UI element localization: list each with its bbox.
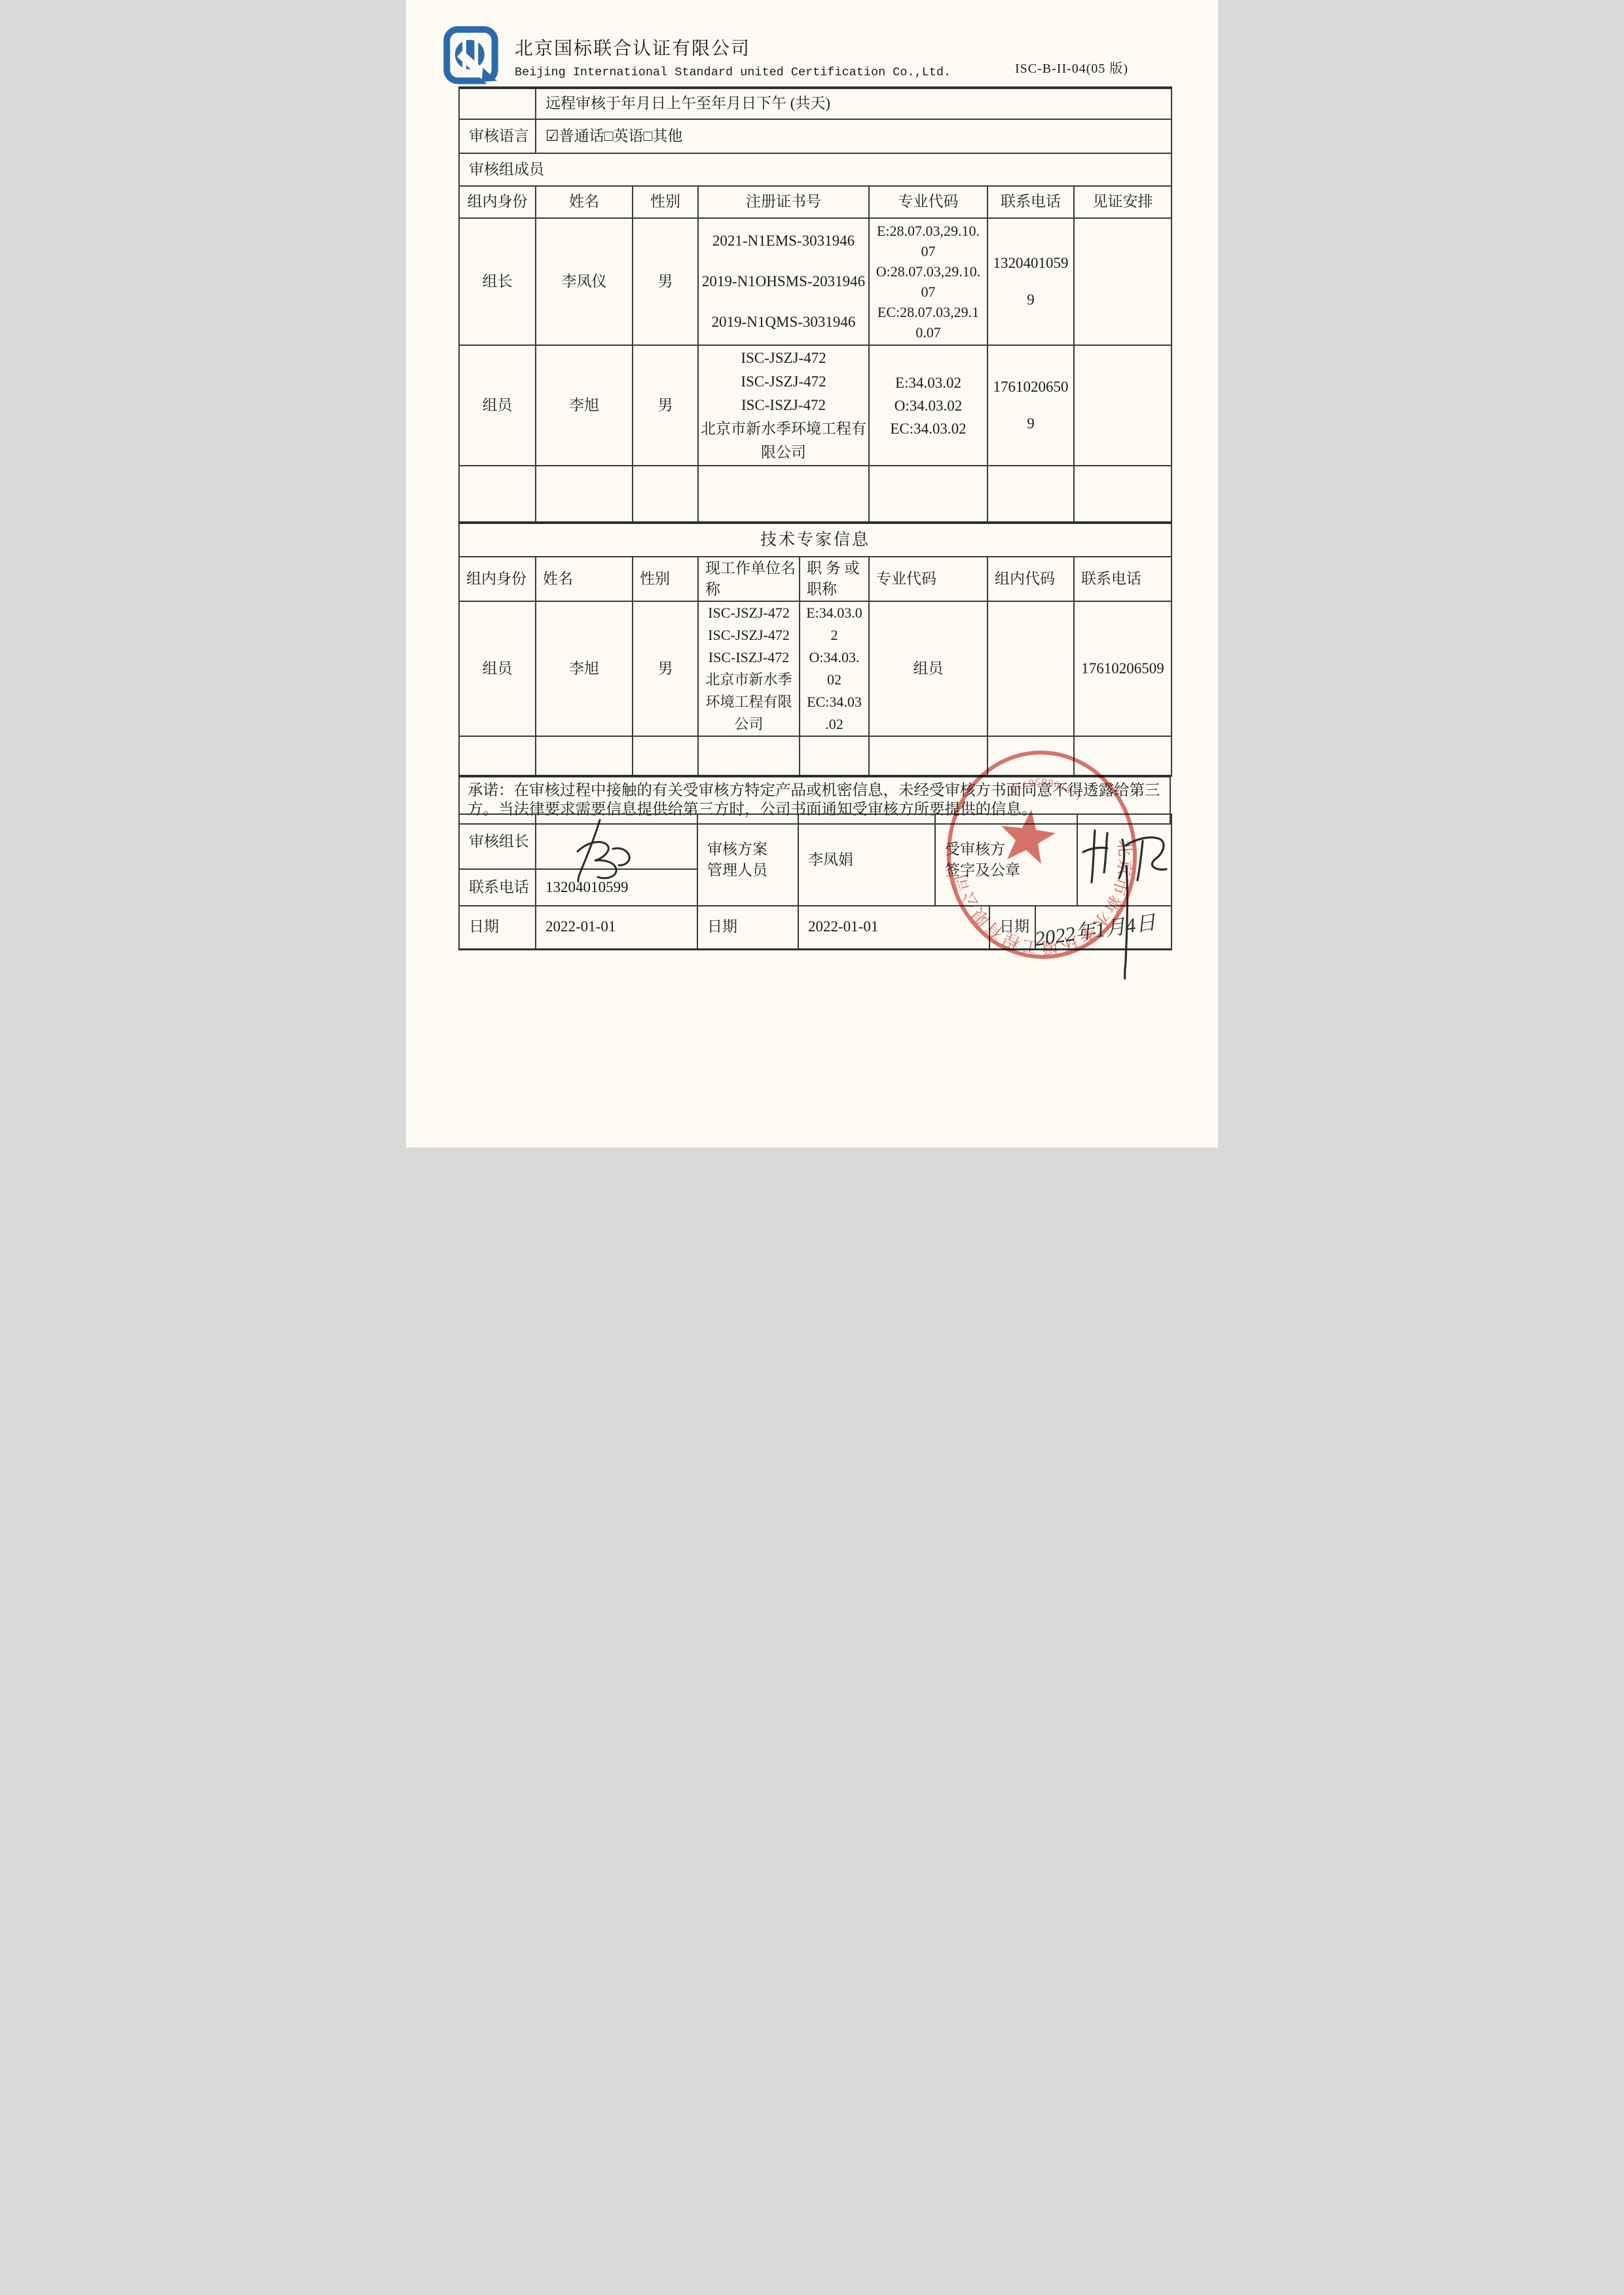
empty-cell xyxy=(800,736,869,776)
expert-header-gender: 性别 xyxy=(633,557,698,601)
name-cell: 李旭 xyxy=(536,345,633,466)
leader-signature-cell xyxy=(536,814,697,869)
expert-header-name: 姓名 xyxy=(536,557,633,601)
cert-numbers-cell: 2021-N1EMS-3031946 2019-N1OHSMS-2031946 … xyxy=(698,218,869,345)
specialty-codes-cell: E:34.03.02 O:34.03.02 EC:34.03.02 xyxy=(869,345,987,466)
specialty-codes-cell: E:28.07.03,29.10. 07 O:28.07.03,29.10. 0… xyxy=(869,218,987,345)
empty-cell xyxy=(987,466,1074,523)
expert-header-teamcode: 组内代码 xyxy=(987,557,1074,601)
empty-cell xyxy=(459,466,536,523)
empty-cell xyxy=(1074,736,1172,776)
team-row-empty xyxy=(459,466,1172,523)
workplace-cell: ISC-JSZJ-472 ISC-JSZJ-472 ISC-ISZJ-472 北… xyxy=(698,601,800,736)
expert-header-phone: 联系电话 xyxy=(1074,557,1172,601)
auditee-date-cell xyxy=(1035,906,1172,949)
cert-numbers-cell: ISC-JSZJ-472 ISC-JSZJ-472 ISC-ISZJ-472 北… xyxy=(698,345,869,466)
expert-row: 组员 李旭 男 ISC-JSZJ-472 ISC-JSZJ-472 ISC-IS… xyxy=(459,601,1172,736)
team-header-code: 专业代码 xyxy=(869,186,987,218)
audit-team-table: 远程审核于年月日上午至年月日下午 (共天) 审核语言 ☑普通话□英语□其他 审核… xyxy=(458,86,1172,523)
phone-cell: 17610206509 xyxy=(1074,601,1172,736)
phone-cell: 1320401059 9 xyxy=(987,218,1074,345)
team-row-leader: 组长 李凤仪 男 2021-N1EMS-3031946 2019-N1OHSMS… xyxy=(459,218,1172,345)
team-role-cell: 组员 xyxy=(869,601,987,736)
witness-cell xyxy=(1074,345,1172,466)
expert-header-code: 专业代码 xyxy=(869,557,987,601)
auditee-label: 受审核方 签字及公章 xyxy=(935,814,1077,906)
role-cell: 组员 xyxy=(459,345,536,466)
document-code: ISC-B-II-04(05 版) xyxy=(1015,58,1128,77)
empty-cell xyxy=(1074,466,1172,523)
role-cell: 组员 xyxy=(459,601,536,736)
phone-cell: 1761020650 9 xyxy=(987,345,1074,466)
empty-cell xyxy=(633,466,698,523)
team-header-gender: 性别 xyxy=(633,186,698,218)
language-label: 审核语言 xyxy=(459,119,536,153)
planner-date: 2022-01-01 xyxy=(798,906,989,949)
phone-label: 联系电话 xyxy=(459,869,536,906)
leader-label: 审核组长 xyxy=(459,814,536,869)
date-label: 日期 xyxy=(459,906,536,949)
expert-section-title: 技术专家信息 xyxy=(459,523,1172,557)
team-code-cell xyxy=(987,601,1074,736)
team-section-label: 审核组成员 xyxy=(459,153,1172,186)
expert-table: 技术专家信息 组内身份 姓名 性别 现工作单位名 称 职 务 或 职称 专业代码… xyxy=(458,521,1172,777)
witness-cell xyxy=(1074,218,1172,345)
leader-date: 2022-01-01 xyxy=(536,906,697,949)
date-label: 日期 xyxy=(989,906,1035,949)
expert-header-workplace: 现工作单位名 称 xyxy=(698,557,800,601)
company-name-cn: 北京国标联合认证有限公司 xyxy=(515,34,750,60)
remote-audit-text: 远程审核于年月日上午至年月日下午 (共天) xyxy=(536,88,1172,119)
team-header-cert: 注册证书号 xyxy=(698,186,869,218)
expert-header-role: 组内身份 xyxy=(459,557,536,601)
name-cell: 李旭 xyxy=(536,601,633,736)
empty-cell xyxy=(633,736,698,776)
empty-label-cell xyxy=(459,88,536,119)
language-checkboxes: ☑普通话□英语□其他 xyxy=(536,119,1172,153)
title-codes-cell: E:34.03.0 2 O:34.03. 02 EC:34.03 .02 xyxy=(800,601,869,736)
scanned-audit-form-page: 北京国标联合认证有限公司 Beijing International Stand… xyxy=(406,0,1218,1147)
empty-cell xyxy=(869,466,987,523)
empty-cell xyxy=(459,736,536,776)
signoff-table: 审核组长 审核方案 管理人员 李凤娟 受审核方 签字及公章 联系电话 13204… xyxy=(458,813,1172,906)
team-header-witness: 见证安排 xyxy=(1074,186,1172,218)
gender-cell: 男 xyxy=(633,345,698,466)
role-cell: 组长 xyxy=(459,218,536,345)
company-logo-icon xyxy=(443,26,498,85)
empty-cell xyxy=(698,736,800,776)
expert-row-empty xyxy=(459,736,1172,776)
planner-label: 审核方案 管理人员 xyxy=(697,814,798,906)
gender-cell: 男 xyxy=(633,601,698,736)
team-row-member: 组员 李旭 男 ISC-JSZJ-472 ISC-JSZJ-472 ISC-IS… xyxy=(459,345,1172,466)
team-header-role: 组内身份 xyxy=(459,186,536,218)
name-cell: 李凤仪 xyxy=(536,218,633,345)
gender-cell: 男 xyxy=(633,218,698,345)
empty-cell xyxy=(536,466,633,523)
expert-header-title: 职 务 或 职称 xyxy=(800,557,869,601)
date-label: 日期 xyxy=(697,906,798,949)
empty-cell xyxy=(536,736,633,776)
company-name-en: Beijing International Standard united Ce… xyxy=(515,65,951,79)
planner-name: 李凤娟 xyxy=(798,814,935,906)
date-row-table: 日期 2022-01-01 日期 2022-01-01 日期 xyxy=(458,905,1172,950)
empty-cell xyxy=(698,466,869,523)
leader-phone: 13204010599 xyxy=(536,869,697,906)
auditee-signature-cell xyxy=(1077,814,1172,906)
empty-cell xyxy=(987,736,1074,776)
team-header-name: 姓名 xyxy=(536,186,633,218)
empty-cell xyxy=(869,736,987,776)
team-header-phone: 联系电话 xyxy=(987,186,1074,218)
